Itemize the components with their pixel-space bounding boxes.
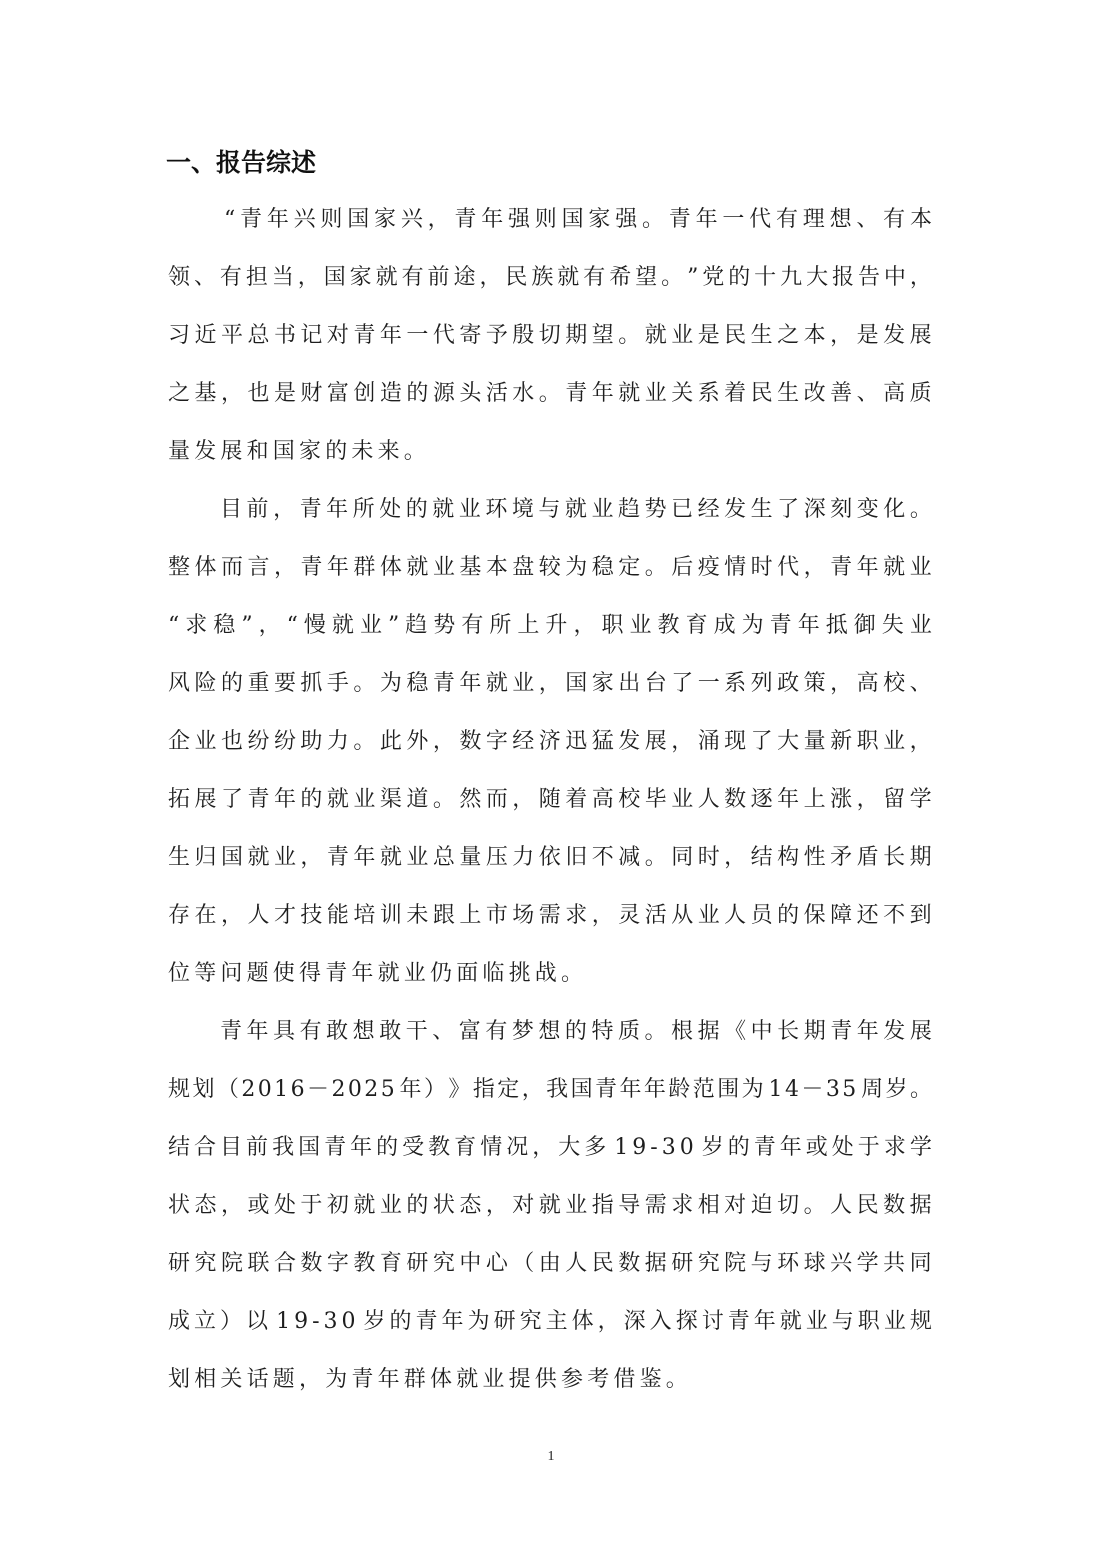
text-line: 习近平总书记对青年一代寄予殷切期望。就业是民生之本，是发展: [168, 318, 932, 376]
text-line: 拓展了青年的就业渠道。然而，随着高校毕业人数逐年上涨，留学: [168, 782, 932, 840]
text-line: 位等问题使得青年就业仍面临挑战。: [168, 956, 932, 1014]
text-line: 领、有担当，国家就有前途，民族就有希望。”党的十九大报告中，: [168, 260, 932, 318]
text-line: 存在，人才技能培训未跟上市场需求，灵活从业人员的保障还不到: [168, 898, 932, 956]
page-number: 1: [0, 1449, 1102, 1465]
text-line: 生归国就业，青年就业总量压力依旧不减。同时，结构性矛盾长期: [168, 840, 932, 898]
paragraph-3: 青年具有敢想敢干、富有梦想的特质。根据《中长期青年发展 规划（2016－2025…: [168, 1014, 932, 1420]
text-line: 风险的重要抓手。为稳青年就业，国家出台了一系列政策，高校、: [168, 666, 932, 724]
text-line: 整体而言，青年群体就业基本盘较为稳定。后疫情时代，青年就业: [168, 550, 932, 608]
text-line: 规划（2016－2025 年）》指定，我国青年年龄范围为 14－35 周岁。: [168, 1072, 932, 1130]
section-heading: 一、报告综述: [166, 146, 316, 180]
text-line: 结合目前我国青年的受教育情况，大多 19-30 岁的青年或处于求学: [168, 1130, 932, 1188]
text-line: 成立）以 19-30 岁的青年为研究主体，深入探讨青年就业与职业规: [168, 1304, 932, 1362]
text-line: 目前，青年所处的就业环境与就业趋势已经发生了深刻变化。: [168, 492, 932, 550]
text-line: “求稳”，“慢就业”趋势有所上升，职业教育成为青年抵御失业: [168, 608, 932, 666]
body-text: “青年兴则国家兴，青年强则国家强。青年一代有理想、有本 领、有担当，国家就有前途…: [168, 202, 932, 1420]
paragraph-2: 目前，青年所处的就业环境与就业趋势已经发生了深刻变化。 整体而言，青年群体就业基…: [168, 492, 932, 1014]
text-line: 状态，或处于初就业的状态，对就业指导需求相对迫切。人民数据: [168, 1188, 932, 1246]
text-line: 之基，也是财富创造的源头活水。青年就业关系着民生改善、高质: [168, 376, 932, 434]
text-line: 研究院联合数字教育研究中心（由人民数据研究院与环球兴学共同: [168, 1246, 932, 1304]
text-line: 企业也纷纷助力。此外，数字经济迅猛发展，涌现了大量新职业，: [168, 724, 932, 782]
paragraph-1: “青年兴则国家兴，青年强则国家强。青年一代有理想、有本 领、有担当，国家就有前途…: [168, 202, 932, 492]
text-line: 青年具有敢想敢干、富有梦想的特质。根据《中长期青年发展: [168, 1014, 932, 1072]
document-page: 一、报告综述 “青年兴则国家兴，青年强则国家强。青年一代有理想、有本 领、有担当…: [0, 0, 1102, 1559]
text-line: “青年兴则国家兴，青年强则国家强。青年一代有理想、有本: [168, 202, 932, 260]
text-line: 量发展和国家的未来。: [168, 434, 932, 492]
text-line: 划相关话题，为青年群体就业提供参考借鉴。: [168, 1362, 932, 1420]
